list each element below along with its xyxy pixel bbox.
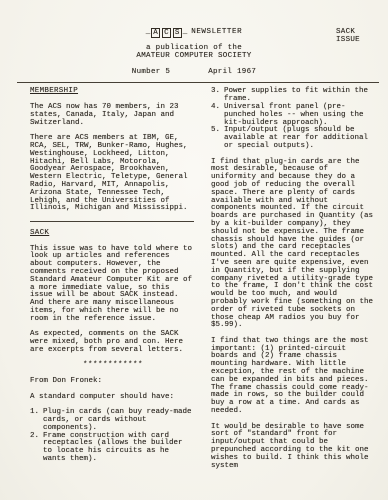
newsletter-page: SACK ISSUE _ACS_NEWSLETTER a publication… xyxy=(0,0,388,500)
letter-paragraph: I find that plug-in cards are the most d… xyxy=(211,159,376,331)
list-item-number: 5. xyxy=(211,127,224,150)
list-item-text: Plug-in cards (can buy ready-made cards,… xyxy=(43,409,196,432)
sack-paragraph: As expected, comments on the SACK were m… xyxy=(30,331,196,354)
list-item: 3. Power supplies to fit within the fram… xyxy=(211,88,376,104)
list-item-number: 1. xyxy=(30,409,43,432)
list-item-number: 2. xyxy=(30,433,43,464)
masthead-title: _ACS_NEWSLETTER xyxy=(0,28,388,40)
list-item-text: Universal front panel (pre-punched holes… xyxy=(224,104,376,127)
list-item: 5. Input/output (plugs should be availab… xyxy=(211,127,376,150)
letter-from-line: From Don Fronek: xyxy=(30,378,196,386)
list-item-text: Power supplies to fit within the frame. xyxy=(224,88,376,104)
left-column: MEMBERSHIP The ACS now has 70 members, i… xyxy=(30,88,196,463)
membership-paragraph: There are ACS members at IBM, GE, RCA, S… xyxy=(30,135,196,213)
issue-number: Number 5 xyxy=(132,69,170,77)
masthead-letter-s: S xyxy=(173,28,182,38)
issue-date: April 1967 xyxy=(208,69,256,77)
list-item-number: 3. xyxy=(211,88,224,104)
masthead-letter-c: C xyxy=(162,28,171,38)
issue-tag: SACK ISSUE xyxy=(336,29,360,45)
requirements-list-right: 3. Power supplies to fit within the fram… xyxy=(211,88,376,150)
body-columns: MEMBERSHIP The ACS now has 70 members, i… xyxy=(0,83,388,478)
list-item: 2. Frame construction with card receptac… xyxy=(30,433,196,464)
section-divider xyxy=(30,221,194,222)
membership-heading: MEMBERSHIP xyxy=(30,88,196,96)
letter-paragraph: It would be desirable to have some sort … xyxy=(211,424,376,471)
list-item: 1. Plug-in cards (can buy ready-made car… xyxy=(30,409,196,432)
list-item: 4. Universal front panel (pre-punched ho… xyxy=(211,104,376,127)
masthead-underscore-right: _ xyxy=(183,28,188,36)
letter-paragraph: I find that two things are the most impo… xyxy=(211,338,376,416)
sack-paragraph: This issue was to have told where to loo… xyxy=(30,246,196,324)
right-column: 3. Power supplies to fit within the fram… xyxy=(211,88,376,478)
letter-lead-line: A standard computer should have: xyxy=(30,394,196,402)
masthead-underscore-left: _ xyxy=(146,28,151,36)
list-item-number: 4. xyxy=(211,104,224,127)
masthead-word: NEWSLETTER xyxy=(191,28,242,36)
membership-paragraph: The ACS now has 70 members, in 23 states… xyxy=(30,104,196,127)
list-item-text: Frame construction with card receptacles… xyxy=(43,433,196,464)
sack-heading: SACK xyxy=(30,230,196,238)
masthead: SACK ISSUE _ACS_NEWSLETTER a publication… xyxy=(0,28,388,76)
list-item-text: Input/output (plugs should be available … xyxy=(224,127,376,150)
asterisk-separator: ************ xyxy=(30,362,196,370)
issue-number-date: Number 5 April 1967 xyxy=(0,69,388,77)
requirements-list-left: 1. Plug-in cards (can buy ready-made car… xyxy=(30,409,196,464)
masthead-letter-a: A xyxy=(151,28,160,38)
issue-tag-line2: ISSUE xyxy=(336,37,360,45)
society-name: AMATEUR COMPUTER SOCIETY xyxy=(0,53,388,61)
